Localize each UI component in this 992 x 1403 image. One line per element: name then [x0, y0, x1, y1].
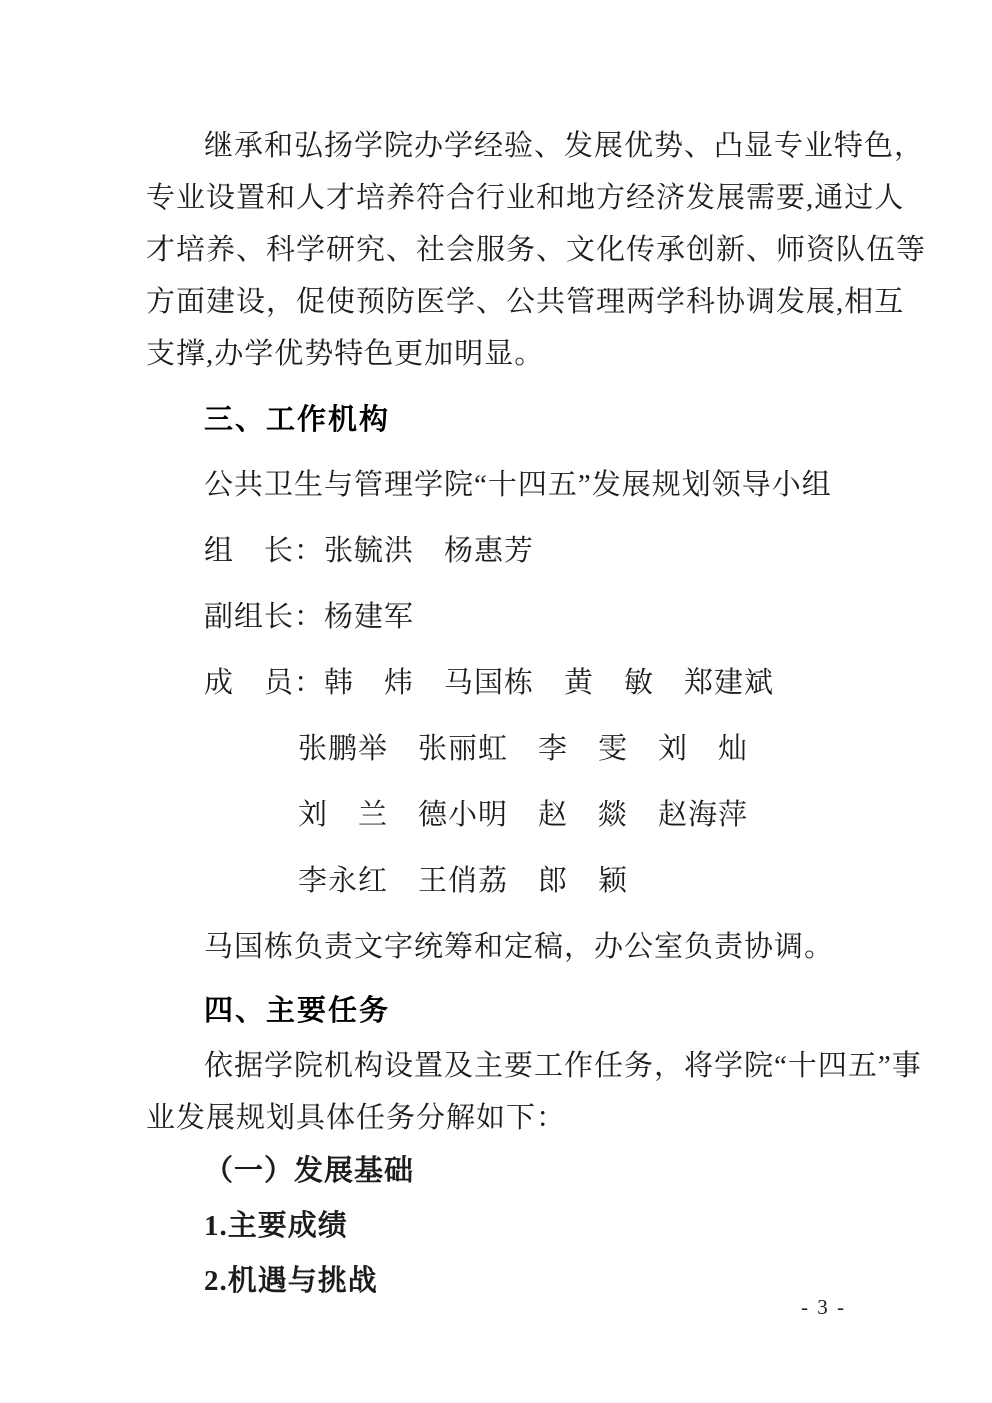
group-leader-line: 组 长：张毓洪 杨惠芳 [146, 518, 846, 584]
item-opportunities-and-challenges: 2.机遇与挑战 [146, 1254, 846, 1309]
subheading-development-basis: （一）发展基础 [146, 1144, 846, 1199]
document-page: 继承和弘扬学院办学经验、发展优势、凸显专业特色， 专业设置和人才培养符合行业和地… [0, 0, 992, 1403]
section-heading-main-tasks: 四、主要任务 [146, 980, 846, 1040]
page-number: - 3 - [801, 1295, 846, 1320]
body-line: 业发展规划具体任务分解如下： [146, 1092, 846, 1144]
body-line: 专业设置和人才培养符合行业和地方经济发展需要,通过人 [146, 172, 846, 224]
members-line: 李永红 王俏荔 郎 颖 [146, 848, 846, 914]
members-line: 成 员：韩 炜 马国栋 黄 敏 郑建斌 [146, 650, 846, 716]
body-line: 方面建设，促使预防医学、公共管理两学科协调发展,相互 [146, 276, 846, 328]
coordination-note-line: 马国栋负责文字统筹和定稿，办公室负责协调。 [146, 914, 846, 980]
body-line: 才培养、科学研究、社会服务、文化传承创新、师资队伍等 [146, 224, 846, 276]
members-line: 刘 兰 德小明 赵 燚 赵海萍 [146, 782, 846, 848]
document-content: 继承和弘扬学院办学经验、发展优势、凸显专业特色， 专业设置和人才培养符合行业和地… [0, 0, 992, 1309]
section-heading-work-organization: 三、工作机构 [146, 386, 846, 452]
deputy-leader-line: 副组长：杨建军 [146, 584, 846, 650]
item-main-achievements: 1.主要成绩 [146, 1199, 846, 1254]
body-line: 依据学院机构设置及主要工作任务，将学院“十四五”事 [146, 1040, 846, 1092]
body-line: 支撑,办学优势特色更加明显。 [146, 328, 846, 380]
leading-group-title: 公共卫生与管理学院“十四五”发展规划领导小组 [146, 452, 846, 518]
body-line: 继承和弘扬学院办学经验、发展优势、凸显专业特色， [146, 120, 846, 172]
members-line: 张鹏举 张丽虹 李 雯 刘 灿 [146, 716, 846, 782]
